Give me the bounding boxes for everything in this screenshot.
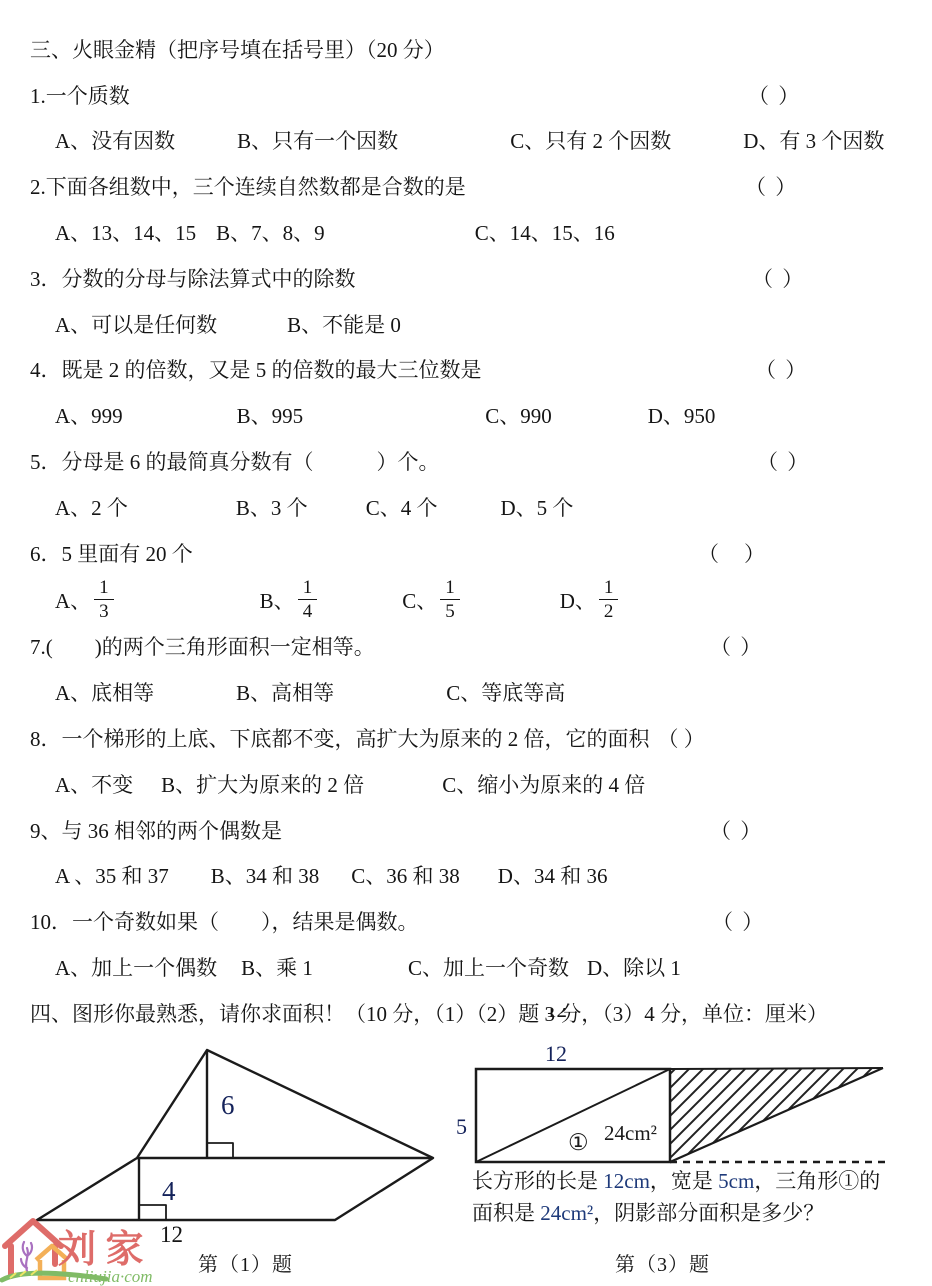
option: B、扩大为原来的 2 倍 bbox=[161, 769, 364, 799]
figure1-height-upper-label: 6 bbox=[221, 1090, 235, 1120]
answer-bracket-6: （ ） bbox=[698, 538, 767, 568]
option: A、999 bbox=[55, 400, 123, 430]
option: C、 15 bbox=[402, 578, 460, 621]
option: A、 13 bbox=[55, 578, 114, 621]
option: D、5 个 bbox=[500, 492, 573, 522]
watermark-logo: 刘 家 cnliujia·com bbox=[0, 1216, 200, 1286]
question-10-options: A、加上一个偶数 B、乘 1 C、加上一个奇数 D、除以 1 bbox=[30, 944, 932, 990]
fraction: 15 bbox=[440, 578, 460, 621]
question-8: 8．一个梯形的上底、下底都不变，高扩大为原来的 2 倍，它的面积 （ ） bbox=[30, 715, 932, 761]
fraction: 14 bbox=[298, 578, 318, 621]
option: B、乘 1 bbox=[241, 952, 313, 982]
question-3-text: 3．分数的分母与除法算式中的除数 bbox=[30, 263, 356, 293]
option: B、 14 bbox=[260, 578, 318, 621]
question-10-text: 10．一个奇数如果（ ），结果是偶数。 bbox=[30, 906, 419, 936]
question-5-options: A、2 个 B、3 个 C、4 个 D、5 个 bbox=[30, 484, 932, 530]
option: C、加上一个奇数 bbox=[408, 952, 569, 982]
option-label: D、 bbox=[560, 585, 596, 615]
question-10: 10．一个奇数如果（ ），结果是偶数。 （ ） bbox=[30, 898, 932, 944]
watermark-brand-text: 刘 家 bbox=[58, 1229, 144, 1271]
question-8-text: 8．一个梯形的上底、下底都不变，高扩大为原来的 2 倍，它的面积 bbox=[30, 723, 650, 753]
option: B、3 个 bbox=[236, 492, 308, 522]
question-9-options: A 、35 和 37 B、34 和 38 C、36 和 38 D、34 和 36 bbox=[30, 853, 932, 899]
figure3-caption: 第（3）题 bbox=[615, 1248, 710, 1277]
answer-bracket-1: （ ） bbox=[748, 80, 801, 110]
option: C、缩小为原来的 4 倍 bbox=[442, 769, 645, 799]
section4-title: 四、图形你最熟悉，请你求面积！（10 分，（1）（2）题 3 分，（3）4 分，… bbox=[30, 998, 828, 1028]
figure3-top-label: 12 bbox=[545, 1041, 567, 1066]
option: A、加上一个偶数 bbox=[55, 952, 217, 982]
option: B、7、8、9 bbox=[216, 217, 325, 247]
question-6: 6．5 里面有 20 个 （ ） bbox=[30, 530, 932, 576]
option: B、995 bbox=[237, 400, 304, 430]
option: A、2 个 bbox=[55, 492, 128, 522]
option-label: A、 bbox=[55, 585, 91, 615]
figure3-description-line1: 长方形的长是 12cm，宽是 5cm，三角形①的 bbox=[472, 1166, 880, 1198]
option: B、只有一个因数 bbox=[237, 125, 398, 155]
figure3-left-label: 5 bbox=[456, 1114, 467, 1139]
clipped-label: 12 bbox=[546, 1008, 567, 1025]
answer-bracket-7: （ ） bbox=[710, 631, 763, 661]
answer-bracket-4: （ ） bbox=[755, 354, 808, 384]
section3-title: 三、火眼金精（把序号填在括号里）（20 分） bbox=[30, 34, 445, 64]
option: C、36 和 38 bbox=[351, 860, 460, 890]
question-9-text: 9、与 36 相邻的两个偶数是 bbox=[30, 815, 282, 845]
option: A、没有因数 bbox=[55, 125, 175, 155]
option: D、除以 1 bbox=[587, 952, 681, 982]
answer-bracket-9: （ ） bbox=[710, 815, 763, 845]
top-extension-line bbox=[670, 1068, 883, 1069]
option: C、990 bbox=[485, 400, 552, 430]
question-7: 7.( )的两个三角形面积一定相等。 （ ） bbox=[30, 624, 932, 670]
question-6-options: A、 13 B、 14 C、 15 D、 12 bbox=[30, 576, 932, 624]
option: B、34 和 38 bbox=[211, 860, 320, 890]
question-1-options: A、没有因数 B、只有一个因数 C、只有 2 个因数 D、有 3 个因数 bbox=[30, 118, 932, 164]
option-label: C、 bbox=[402, 585, 437, 615]
question-2-options: A、13、14、15 B、7、8、9 C、14、15、16 bbox=[30, 209, 932, 255]
option: A、可以是任何数 bbox=[55, 309, 217, 339]
option: B、高相等 bbox=[236, 677, 334, 707]
figure1-height-lower-label: 4 bbox=[162, 1176, 176, 1206]
question-4-options: A、999 B、995 C、990 D、950 bbox=[30, 392, 932, 438]
question-1: 1.一个质数 （ ） bbox=[30, 72, 932, 118]
figure3-diagram: 12 5 ① 24cm² bbox=[448, 1044, 932, 1166]
section3-title-row: 三、火眼金精（把序号填在括号里）（20 分） bbox=[30, 26, 932, 72]
figure3-area-label: 24cm² bbox=[604, 1121, 657, 1145]
figure1-diagram: 6 4 bbox=[25, 1042, 445, 1238]
question-7-text: 7.( )的两个三角形面积一定相等。 bbox=[30, 631, 375, 661]
watermark-site-text: cnliujia·com bbox=[68, 1267, 153, 1286]
question-4-text: 4．既是 2 的倍数，又是 5 的倍数的最大三位数是 bbox=[30, 354, 482, 384]
figure1-outline bbox=[37, 1050, 433, 1220]
question-7-options: A、底相等 B、高相等 C、等底等高 bbox=[30, 669, 932, 715]
fraction: 12 bbox=[599, 578, 619, 621]
figure3-description-line2: 面积是 24cm²，阴影部分面积是多少？ bbox=[472, 1198, 880, 1230]
answer-bracket-5: （ ） bbox=[757, 446, 810, 476]
figure3-description: 长方形的长是 12cm，宽是 5cm，三角形①的 面积是 24cm²，阴影部分面… bbox=[472, 1166, 880, 1229]
answer-bracket-8: （ ） bbox=[658, 723, 705, 753]
option: C、只有 2 个因数 bbox=[510, 125, 671, 155]
question-2-text: 2.下面各组数中，三个连续自然数都是合数的是 bbox=[30, 171, 466, 201]
figure1-caption: 第（1）题 bbox=[198, 1248, 293, 1277]
question-4: 4．既是 2 的倍数，又是 5 的倍数的最大三位数是 （ ） bbox=[30, 347, 932, 393]
option: A 、35 和 37 bbox=[55, 860, 169, 890]
option: D、 12 bbox=[560, 578, 619, 621]
question-8-options: A、不变 B、扩大为原来的 2 倍 C、缩小为原来的 4 倍 bbox=[30, 761, 932, 807]
answer-bracket-10: （ ） bbox=[712, 906, 765, 936]
right-angle-icon bbox=[207, 1143, 233, 1158]
question-3: 3．分数的分母与除法算式中的除数 （ ） bbox=[30, 255, 932, 301]
option: D、950 bbox=[648, 400, 716, 430]
question-2: 2.下面各组数中，三个连续自然数都是合数的是 （ ） bbox=[30, 163, 932, 209]
answer-bracket-2: （ ） bbox=[745, 171, 798, 201]
fraction: 13 bbox=[94, 578, 114, 621]
option-label: B、 bbox=[260, 585, 295, 615]
option: D、34 和 36 bbox=[498, 860, 608, 890]
option: B、不能是 0 bbox=[287, 309, 401, 339]
exam-page: 三、火眼金精（把序号填在括号里）（20 分） 1.一个质数 （ ） A、没有因数… bbox=[0, 0, 932, 1286]
answer-bracket-3: （ ） bbox=[752, 263, 805, 293]
option: C、4 个 bbox=[366, 492, 438, 522]
option: A、13、14、15 bbox=[55, 217, 196, 247]
figure3-triangle-label: ① bbox=[568, 1130, 589, 1155]
question-1-text: 1.一个质数 bbox=[30, 80, 130, 110]
question-5: 5．分母是 6 的最简真分数有（ ）个。 （ ） bbox=[30, 438, 932, 484]
option: A、底相等 bbox=[55, 677, 154, 707]
question-5-text: 5．分母是 6 的最简真分数有（ ）个。 bbox=[30, 446, 440, 476]
option: A、不变 bbox=[55, 769, 133, 799]
option: C、14、15、16 bbox=[475, 217, 615, 247]
question-6-text: 6．5 里面有 20 个 bbox=[30, 538, 193, 568]
section4-title-row: 四、图形你最熟悉，请你求面积！（10 分，（1）（2）题 3 分，（3）4 分，… bbox=[30, 990, 932, 1036]
option: D、有 3 个因数 bbox=[743, 125, 884, 155]
option: C、等底等高 bbox=[446, 677, 565, 707]
question-9: 9、与 36 相邻的两个偶数是 （ ） bbox=[30, 807, 932, 853]
question-3-options: A、可以是任何数 B、不能是 0 bbox=[30, 301, 932, 347]
